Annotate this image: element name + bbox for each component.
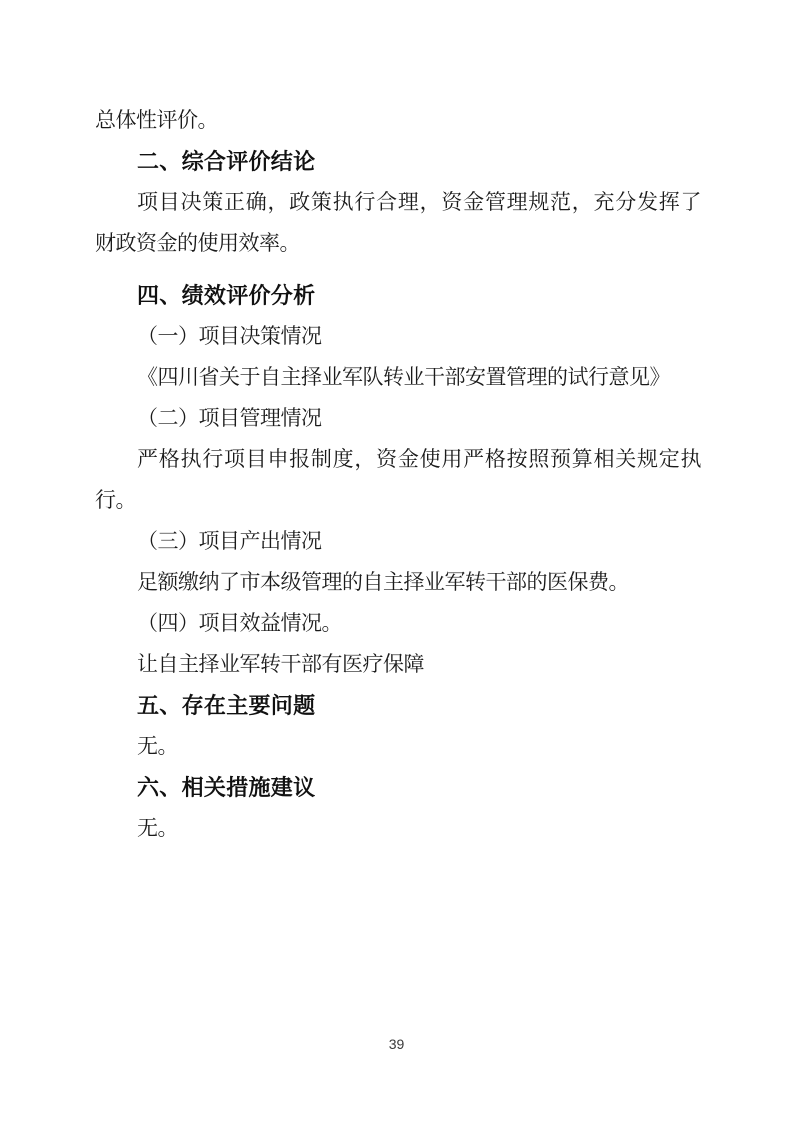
heading-section-6-suggestions: 六、相关措施建议 <box>95 767 701 808</box>
paragraph-4-2-line-1: 严格执行项目申报制度，资金使用严格按照预算相关规定执 <box>95 439 701 480</box>
heading-section-2-comprehensive-conclusion: 二、综合评价结论 <box>95 141 701 182</box>
paragraph-4-2-line-2: 行。 <box>95 480 701 521</box>
subheading-4-1-project-decision: （一）项目决策情况 <box>95 316 701 357</box>
paragraph-4-3-medical-insurance: 足额缴纳了市本级管理的自主择业军转干部的医保费。 <box>95 562 701 603</box>
subheading-4-3-project-output: （三）项目产出情况 <box>95 521 701 562</box>
subheading-4-2-project-management: （二）项目管理情况 <box>95 398 701 439</box>
page-number: 39 <box>0 1034 793 1054</box>
paragraph-4-4-medical-guarantee: 让自主择业军转干部有医疗保障 <box>95 644 701 685</box>
paragraph-section-6-none: 无。 <box>95 808 701 849</box>
subheading-4-4-project-benefit: （四）项目效益情况。 <box>95 603 701 644</box>
heading-section-5-main-problems: 五、存在主要问题 <box>95 685 701 726</box>
paragraph-4-1-policy-reference: 《四川省关于自主择业军队转业干部安置管理的试行意见》 <box>95 357 701 398</box>
document-page: 总体性评价。 二、综合评价结论 项目决策正确，政策执行合理，资金管理规范，充分发… <box>0 0 793 1122</box>
paragraph-section-5-none: 无。 <box>95 726 701 767</box>
heading-section-4-performance-analysis: 四、绩效评价分析 <box>95 275 701 316</box>
paragraph-section-2-line-2: 财政资金的使用效率。 <box>95 223 701 264</box>
paragraph-section-2-line-1: 项目决策正确，政策执行合理，资金管理规范，充分发挥了 <box>95 182 701 223</box>
paragraph-overall-evaluation-fragment: 总体性评价。 <box>95 100 701 141</box>
page-content: 总体性评价。 二、综合评价结论 项目决策正确，政策执行合理，资金管理规范，充分发… <box>95 100 701 849</box>
